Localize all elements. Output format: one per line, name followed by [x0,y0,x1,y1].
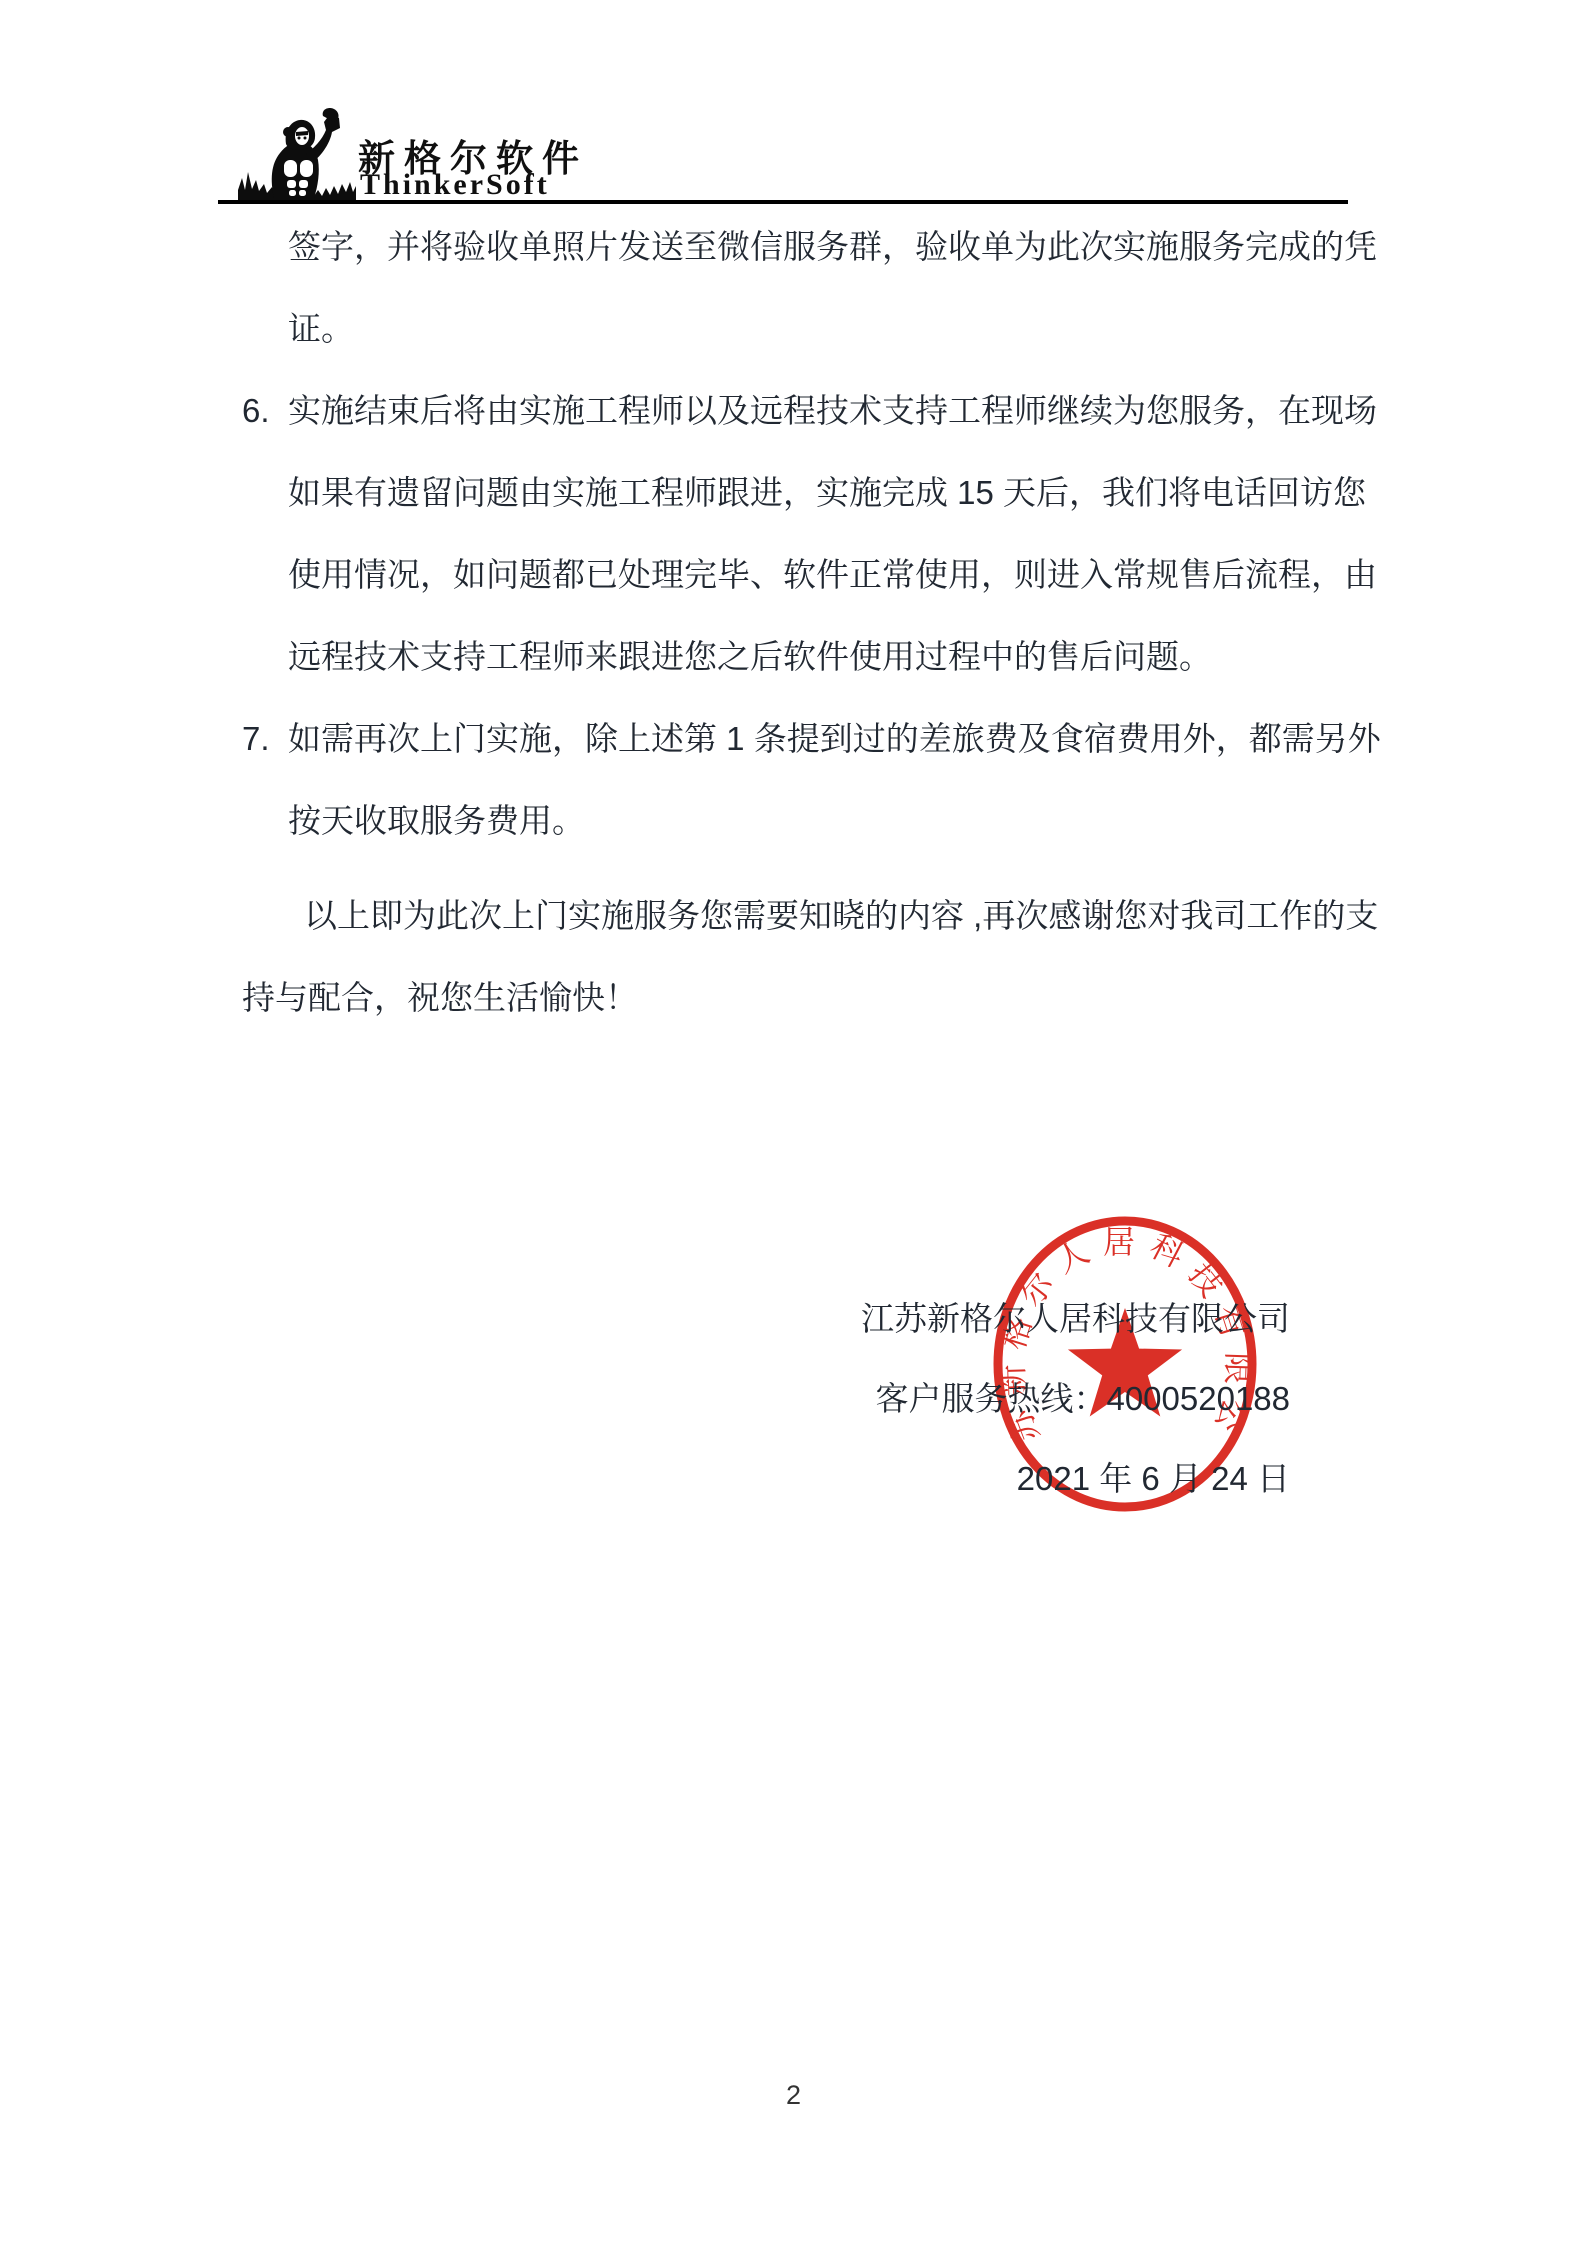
body-line: 使用情况，如问题都已处理完毕、软件正常使用，则进入常规售后流程，由 [288,534,1348,616]
body-line: 持与配合，祝您生活愉快！ [242,957,1348,1039]
body-line: 如需再次上门实施，除上述第 1 条提到过的差旅费及食宿费用外，都需另外 [288,698,1348,780]
body-line: 签字，并将验收单照片发送至微信服务群，验收单为此次实施服务完成的凭 [288,206,1348,288]
document-body: 签字，并将验收单照片发送至微信服务群，验收单为此次实施服务完成的凭证。6.实施结… [242,206,1348,1039]
body-line: 以上即为此次上门实施服务您需要知晓的内容 ,再次感谢您对我司工作的支 [242,875,1348,957]
signature-date: 2021 年 6 月 24 日 [861,1439,1290,1519]
paragraph: 7.如需再次上门实施，除上述第 1 条提到过的差旅费及食宿费用外，都需另外按天收… [242,698,1348,862]
paragraph: 签字，并将验收单照片发送至微信服务群，验收单为此次实施服务完成的凭证。 [242,206,1348,370]
list-number: 7. [242,698,270,780]
body-line: 远程技术支持工程师来跟进您之后软件使用过程中的售后问题。 [288,616,1348,698]
paragraph: 6.实施结束后将由实施工程师以及远程技术支持工程师继续为您服务，在现场如果有遗留… [242,370,1348,698]
body-line: 按天收取服务费用。 [288,780,1348,862]
signature-block: 江苏新格尔人居科技有限公司 客户服务热线：4000520188 2021 年 6… [861,1279,1290,1519]
body-line: 如果有遗留问题由实施工程师跟进，实施完成 15 天后，我们将电话回访您 [288,452,1348,534]
page-number: 2 [0,2080,1587,2111]
logo-name-en: ThinkerSoft [360,168,550,202]
document-page: 新格尔软件 ThinkerSoft 签字，并将验收单照片发送至微信服务群，验收单… [0,0,1587,2245]
header-divider [218,200,1348,204]
signature-company: 江苏新格尔人居科技有限公司 [861,1279,1290,1359]
paragraph: 以上即为此次上门实施服务您需要知晓的内容 ,再次感谢您对我司工作的支持与配合，祝… [242,875,1348,1039]
gorilla-icon [238,108,358,202]
list-number: 6. [242,370,270,452]
signature-hotline: 客户服务热线：4000520188 [861,1359,1290,1439]
body-line: 实施结束后将由实施工程师以及远程技术支持工程师继续为您服务，在现场 [288,370,1348,452]
body-line: 证。 [288,288,1348,370]
